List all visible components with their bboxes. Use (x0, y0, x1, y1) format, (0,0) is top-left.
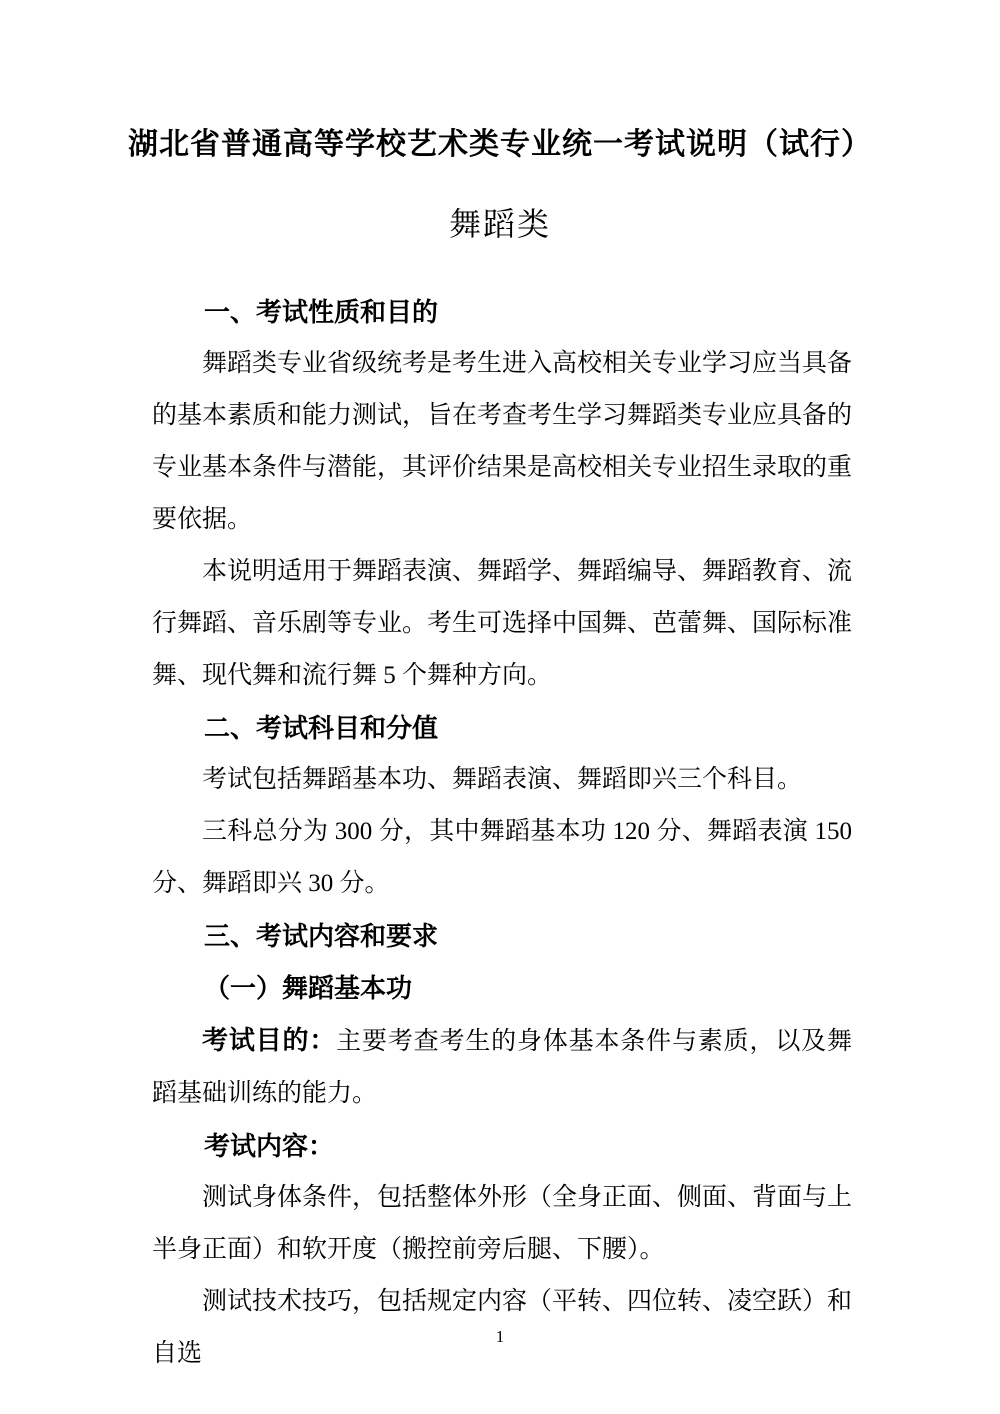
document-title: 湖北省普通高等学校艺术类专业统一考试说明（试行） (70, 126, 930, 164)
exam-purpose-label: 考试目的： (202, 1025, 336, 1055)
section-2-paragraph-1: 考试包括舞蹈基本功、舞蹈表演、舞蹈即兴三个科目。 (152, 754, 852, 806)
document-subtitle: 舞蹈类 (70, 204, 930, 244)
section-1-paragraph-1: 舞蹈类专业省级统考是考生进入高校相关专业学习应当具备的基本素质和能力测试，旨在考… (152, 338, 852, 546)
section-1-paragraph-2: 本说明适用于舞蹈表演、舞蹈学、舞蹈编导、舞蹈教育、流行舞蹈、音乐剧等专业。考生可… (152, 546, 852, 702)
exam-purpose-paragraph: 考试目的：主要考查考生的身体基本条件与素质，以及舞蹈基础训练的能力。 (152, 1014, 852, 1120)
section-2-paragraph-2: 三科总分为 300 分，其中舞蹈基本功 120 分、舞蹈表演 150 分、舞蹈即… (152, 806, 852, 910)
exam-content-label: 考试内容： (152, 1120, 852, 1172)
section-3-sub-1-heading: （一）舞蹈基本功 (152, 962, 852, 1014)
section-1-heading: 一、考试性质和目的 (152, 286, 852, 338)
document-body: 一、考试性质和目的 舞蹈类专业省级统考是考生进入高校相关专业学习应当具备的基本素… (152, 286, 852, 1380)
document-page: 湖北省普通高等学校艺术类专业统一考试说明（试行） 舞蹈类 一、考试性质和目的 舞… (0, 0, 1000, 1414)
exam-content-paragraph-1: 测试身体条件，包括整体外形（全身正面、侧面、背面与上半身正面）和软开度（搬控前旁… (152, 1172, 852, 1276)
page-number: 1 (0, 1326, 1000, 1348)
section-3-heading: 三、考试内容和要求 (152, 910, 852, 962)
section-2-heading: 二、考试科目和分值 (152, 702, 852, 754)
